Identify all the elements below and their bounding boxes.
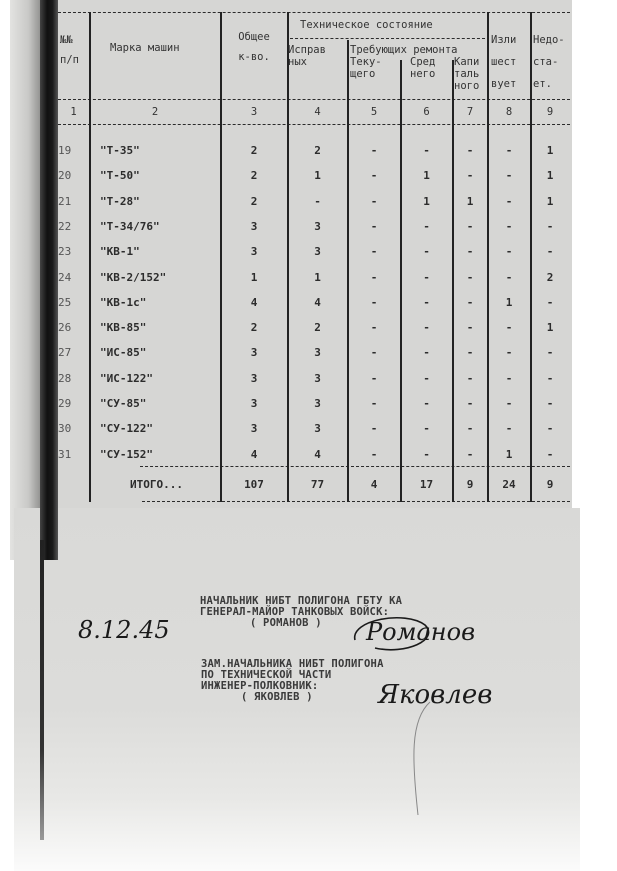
cell-model: "СУ-152" — [100, 449, 220, 461]
cell-total: 3 — [222, 221, 286, 233]
cell-n: 28 — [58, 373, 89, 385]
cell-cur: - — [349, 322, 399, 334]
header-medium-repair: Сред него — [410, 56, 435, 80]
cell-cur: - — [349, 246, 399, 258]
cell-excess: 1 — [489, 297, 529, 309]
cell-short: 1 — [532, 145, 568, 157]
cell-cap: 1 — [454, 196, 486, 208]
cell-n: 27 — [58, 347, 89, 359]
totals-top-border — [140, 466, 570, 467]
cell-cap: - — [454, 246, 486, 258]
header-number-line1: №№ — [60, 34, 79, 46]
cell-excess: - — [489, 398, 529, 410]
col-divider-1 — [89, 12, 91, 502]
sig2-line4: ( ЯКОВЛЕВ ) — [201, 692, 384, 703]
cell-cap: - — [454, 297, 486, 309]
cell-total: 3 — [222, 246, 286, 258]
cell-ok: 4 — [289, 449, 346, 461]
totals-bottom-border — [142, 501, 570, 502]
cell-mid: - — [402, 423, 451, 435]
cell-n: 26 — [58, 322, 89, 334]
tech-state-underline — [290, 38, 485, 39]
cell-excess: 1 — [489, 449, 529, 461]
cell-mid: - — [402, 398, 451, 410]
cell-mid: - — [402, 322, 451, 334]
cell-cur: - — [349, 373, 399, 385]
cell-ok: 1 — [289, 272, 346, 284]
cell-cur: - — [349, 196, 399, 208]
cell-cur: - — [349, 272, 399, 284]
cell-mid: - — [402, 272, 451, 284]
cell-n: 30 — [58, 423, 89, 435]
cell-total: 4 — [222, 297, 286, 309]
cell-total: 2 — [222, 322, 286, 334]
cell-model: "СУ-85" — [100, 398, 220, 410]
signature-loop-icon — [345, 610, 445, 660]
header-capital-line1: Капи — [454, 56, 479, 68]
totals-total: 107 — [222, 479, 286, 491]
cell-ok: - — [289, 196, 346, 208]
column-number-3: 3 — [222, 106, 286, 118]
cell-cur: - — [349, 398, 399, 410]
header-total-line2: к-во. — [226, 51, 282, 63]
cell-short: - — [532, 398, 568, 410]
cell-excess: - — [489, 373, 529, 385]
column-number-9: 9 — [532, 106, 568, 118]
cell-total: 1 — [222, 272, 286, 284]
cell-total: 3 — [222, 423, 286, 435]
cell-ok: 3 — [289, 347, 346, 359]
cell-total: 2 — [222, 170, 286, 182]
header-capital-repair: Капи таль ного — [454, 56, 479, 92]
cell-model: "Т-50" — [100, 170, 220, 182]
header-repair-group: Требующих ремонта — [350, 44, 457, 56]
totals-medium: 17 — [402, 479, 451, 491]
cell-mid: - — [402, 449, 451, 461]
cell-cur: - — [349, 145, 399, 157]
header-medium-line1: Сред — [410, 56, 435, 68]
header-capital-line3: ного — [454, 80, 479, 92]
column-numbers-bottom-border — [58, 124, 570, 125]
cell-cur: - — [349, 347, 399, 359]
totals-shortage: 9 — [532, 479, 568, 491]
cell-cur: - — [349, 297, 399, 309]
cell-n: 23 — [58, 246, 89, 258]
cell-total: 3 — [222, 347, 286, 359]
cell-mid: 1 — [402, 196, 451, 208]
cell-short: 1 — [532, 170, 568, 182]
cell-n: 22 — [58, 221, 89, 233]
cell-mid: 1 — [402, 170, 451, 182]
cell-total: 2 — [222, 145, 286, 157]
cell-n: 31 — [58, 449, 89, 461]
cell-cap: - — [454, 322, 486, 334]
binding-spine — [40, 0, 58, 560]
cell-cap: - — [454, 272, 486, 284]
cell-cap: - — [454, 449, 486, 461]
totals-excess: 24 — [489, 479, 529, 491]
header-shortage-line3: ет. — [533, 78, 565, 90]
cell-model: "Т-35" — [100, 145, 220, 157]
header-medium-line2: него — [410, 68, 435, 80]
cell-excess: - — [489, 170, 529, 182]
cell-model: "КВ-85" — [100, 322, 220, 334]
header-tech-state: Техническое состояние — [300, 19, 433, 31]
cell-n: 19 — [58, 145, 89, 157]
column-number-6: 6 — [402, 106, 451, 118]
column-number-7: 7 — [454, 106, 486, 118]
cell-mid: - — [402, 297, 451, 309]
table-top-border — [58, 12, 570, 13]
cell-model: "Т-34/76" — [100, 221, 220, 233]
totals-label: ИТОГО... — [130, 479, 183, 491]
totals-serviceable: 77 — [289, 479, 346, 491]
cell-short: - — [532, 423, 568, 435]
header-excess-line2: шест — [491, 56, 516, 68]
cell-total: 2 — [222, 196, 286, 208]
cell-cur: - — [349, 449, 399, 461]
cell-ok: 2 — [289, 145, 346, 157]
cell-mid: - — [402, 145, 451, 157]
cell-total: 3 — [222, 373, 286, 385]
cell-mid: - — [402, 246, 451, 258]
cell-total: 4 — [222, 449, 286, 461]
cell-short: 1 — [532, 322, 568, 334]
pen-stroke-icon — [400, 700, 440, 820]
cell-short: - — [532, 221, 568, 233]
cell-model: "КВ-1с" — [100, 297, 220, 309]
handwritten-date: 8.12.45 — [78, 616, 170, 644]
cell-excess: - — [489, 423, 529, 435]
cell-n: 29 — [58, 398, 89, 410]
header-excess-line1: Изли — [491, 34, 516, 46]
cell-excess: - — [489, 145, 529, 157]
cell-short: - — [532, 246, 568, 258]
column-number-1: 1 — [58, 106, 89, 118]
cell-mid: - — [402, 373, 451, 385]
cell-excess: - — [489, 246, 529, 258]
cell-model: "Т-28" — [100, 196, 220, 208]
cell-model: "ИС-122" — [100, 373, 220, 385]
cell-short: - — [532, 373, 568, 385]
cell-cap: - — [454, 170, 486, 182]
cell-cap: - — [454, 423, 486, 435]
cell-model: "СУ-122" — [100, 423, 220, 435]
signature-block-2: ЗАМ.НАЧАЛЬНИКА НИБТ ПОЛИГОНА ПО ТЕХНИЧЕС… — [201, 659, 384, 703]
totals-current: 4 — [349, 479, 399, 491]
column-number-2: 2 — [90, 106, 220, 118]
cell-model: "КВ-2/152" — [100, 272, 220, 284]
header-total-line1: Общее — [226, 31, 282, 43]
cell-short: 2 — [532, 272, 568, 284]
header-current-line1: Теку- — [350, 56, 382, 68]
binding-spine-lower — [40, 540, 44, 840]
cell-ok: 3 — [289, 221, 346, 233]
header-bottom-border — [58, 99, 570, 100]
header-number: №№ п/п — [60, 34, 79, 66]
header-shortage-line2: ста- — [533, 56, 565, 68]
header-total: Общее к-во. — [226, 31, 282, 63]
column-number-5: 5 — [349, 106, 399, 118]
cell-ok: 3 — [289, 373, 346, 385]
header-capital-line2: таль — [454, 68, 479, 80]
cell-cur: - — [349, 221, 399, 233]
cell-cap: - — [454, 347, 486, 359]
cell-cap: - — [454, 221, 486, 233]
header-serviceable: Исправ ных — [288, 44, 326, 68]
header-shortage-line1: Недо- — [533, 34, 565, 46]
cell-ok: 1 — [289, 170, 346, 182]
cell-cur: - — [349, 423, 399, 435]
cell-n: 24 — [58, 272, 89, 284]
cell-ok: 2 — [289, 322, 346, 334]
header-serviceable-line2: ных — [288, 56, 326, 68]
column-number-4: 4 — [289, 106, 346, 118]
header-shortage: Недо- ста- ет. — [533, 34, 565, 90]
header-model: Марка машин — [110, 42, 180, 54]
cell-excess: - — [489, 322, 529, 334]
cell-excess: - — [489, 347, 529, 359]
totals-capital: 9 — [454, 479, 486, 491]
cell-short: 1 — [532, 196, 568, 208]
cell-ok: 3 — [289, 423, 346, 435]
cell-model: "КВ-1" — [100, 246, 220, 258]
cell-short: - — [532, 297, 568, 309]
header-serviceable-line1: Исправ — [288, 44, 326, 56]
cell-ok: 3 — [289, 398, 346, 410]
header-excess: Изли шест вует — [491, 34, 516, 90]
cell-ok: 3 — [289, 246, 346, 258]
cell-cap: - — [454, 145, 486, 157]
header-current-line2: щего — [350, 68, 382, 80]
cell-n: 21 — [58, 196, 89, 208]
cell-mid: - — [402, 221, 451, 233]
cell-n: 25 — [58, 297, 89, 309]
cell-ok: 4 — [289, 297, 346, 309]
cell-cap: - — [454, 398, 486, 410]
header-number-line2: п/п — [60, 54, 79, 66]
header-current-repair: Теку- щего — [350, 56, 382, 80]
cell-short: - — [532, 449, 568, 461]
cell-excess: - — [489, 272, 529, 284]
cell-mid: - — [402, 347, 451, 359]
header-excess-line3: вует — [491, 78, 516, 90]
cell-excess: - — [489, 196, 529, 208]
cell-total: 3 — [222, 398, 286, 410]
cell-model: "ИС-85" — [100, 347, 220, 359]
cell-short: - — [532, 347, 568, 359]
cell-n: 20 — [58, 170, 89, 182]
cell-cur: - — [349, 170, 399, 182]
cell-excess: - — [489, 221, 529, 233]
column-number-8: 8 — [489, 106, 529, 118]
cell-cap: - — [454, 373, 486, 385]
